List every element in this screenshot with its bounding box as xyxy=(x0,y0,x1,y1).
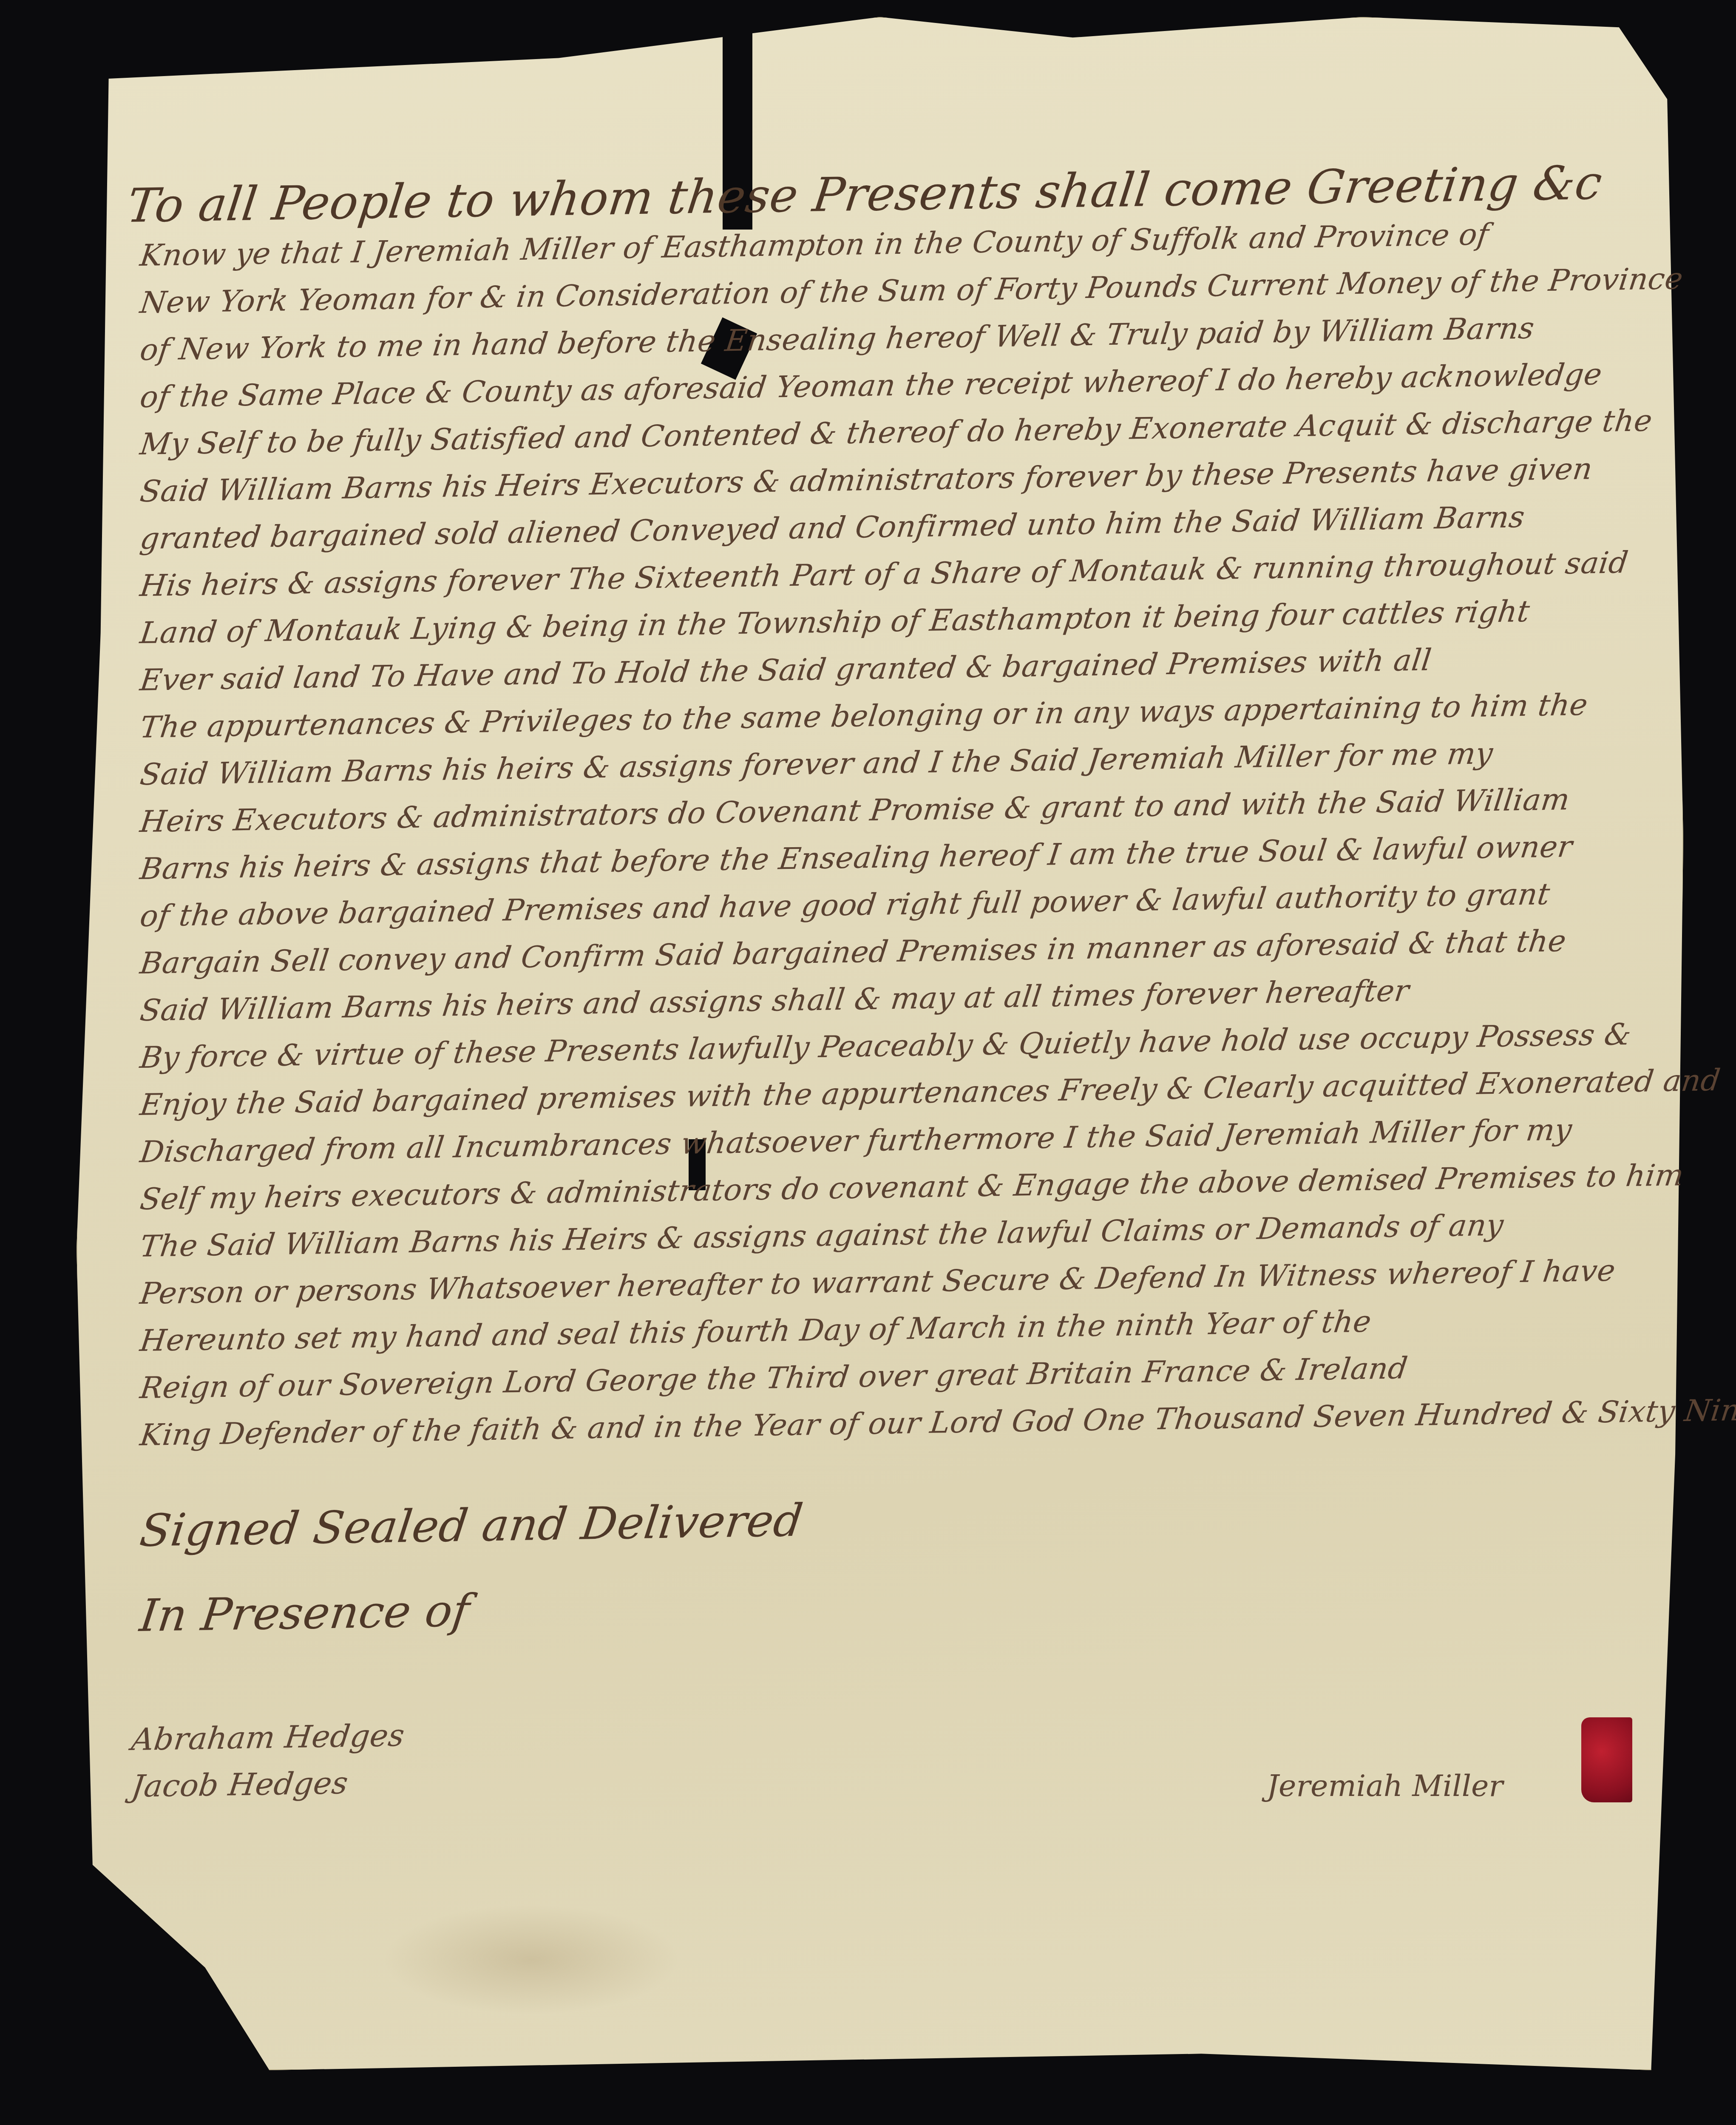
grantor-signature: Jeremiah Miller xyxy=(1267,1768,1503,1803)
closing-signed: Signed Sealed and Delivered xyxy=(137,1495,806,1557)
water-stain xyxy=(383,1904,680,2015)
witness-1: Abraham Hedges xyxy=(130,1717,407,1757)
closing-presence: In Presence of xyxy=(137,1585,472,1642)
witness-2: Jacob Hedges xyxy=(130,1765,350,1804)
wax-seal xyxy=(1581,1717,1632,1802)
